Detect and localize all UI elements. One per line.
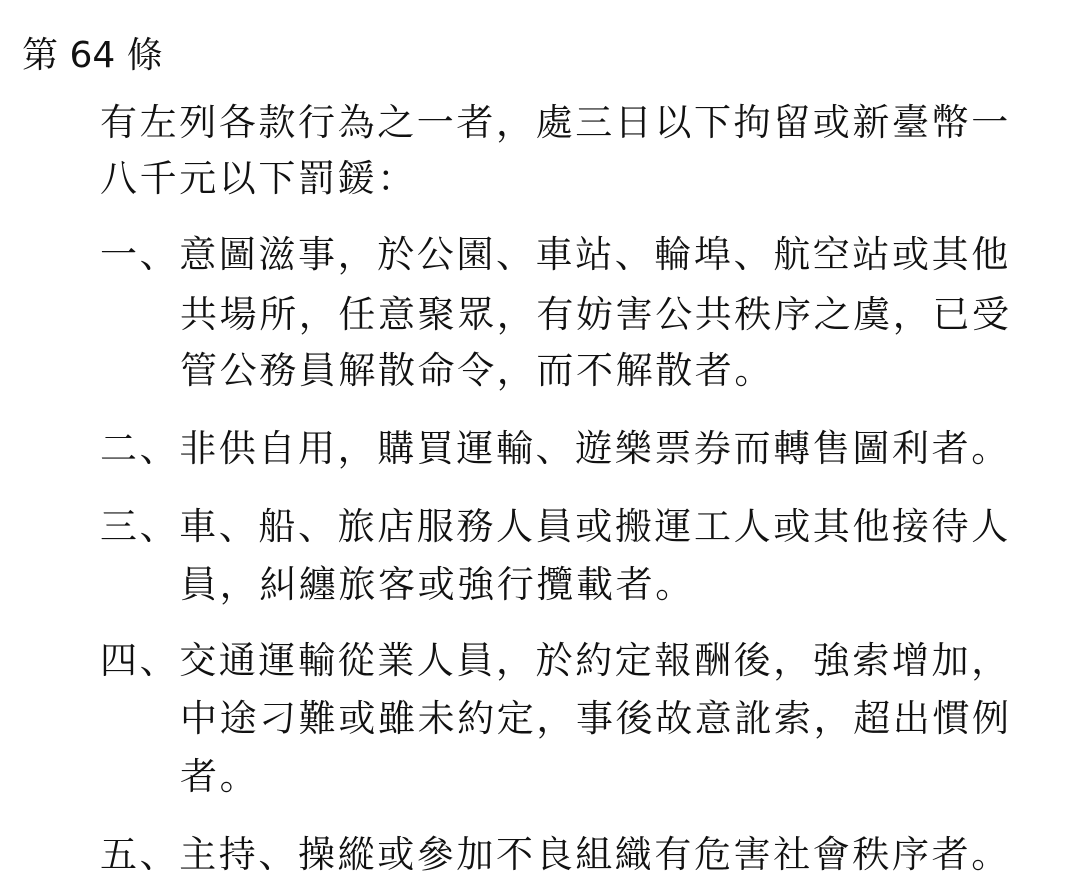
item-line: 者。 [180,752,259,802]
intro-line: 有左列各款行為之一者，處三日以下拘留或新臺幣一 [100,98,1008,148]
intro-line: 八千元以下罰鍰： [100,154,417,204]
item-line: 一、意圖滋事，於公園、車站、輪埠、航空站或其他 [100,230,1008,280]
item-line: 員，糾纏旅客或強行攬載者。 [180,560,695,610]
item-line: 管公務員解散命令，而不解散者。 [180,346,774,396]
item-line: 共場所，任意聚眾，有妨害公共秩序之虞，已受 [180,290,1008,340]
article-title: 第 64 條 [22,32,163,80]
item-line: 中途刁難或雖未約定，事後故意訛索，超出慣例 [180,694,1008,744]
item-line: 三、車、船、旅店服務人員或搬運工人或其他接待人 [100,502,1008,552]
item-line: 四、交通運輸從業人員，於約定報酬後，強索增加， [100,636,1008,686]
item-line: 五、主持、操縱或參加不良組織有危害社會秩序者。 [100,830,1008,874]
item-line: 二、非供自用，購買運輸、遊樂票券而轉售圖利者。 [100,424,1008,474]
law-article-page: 第 64 條 有左列各款行為之一者，處三日以下拘留或新臺幣一 八千元以下罰鍰： … [0,0,1008,874]
